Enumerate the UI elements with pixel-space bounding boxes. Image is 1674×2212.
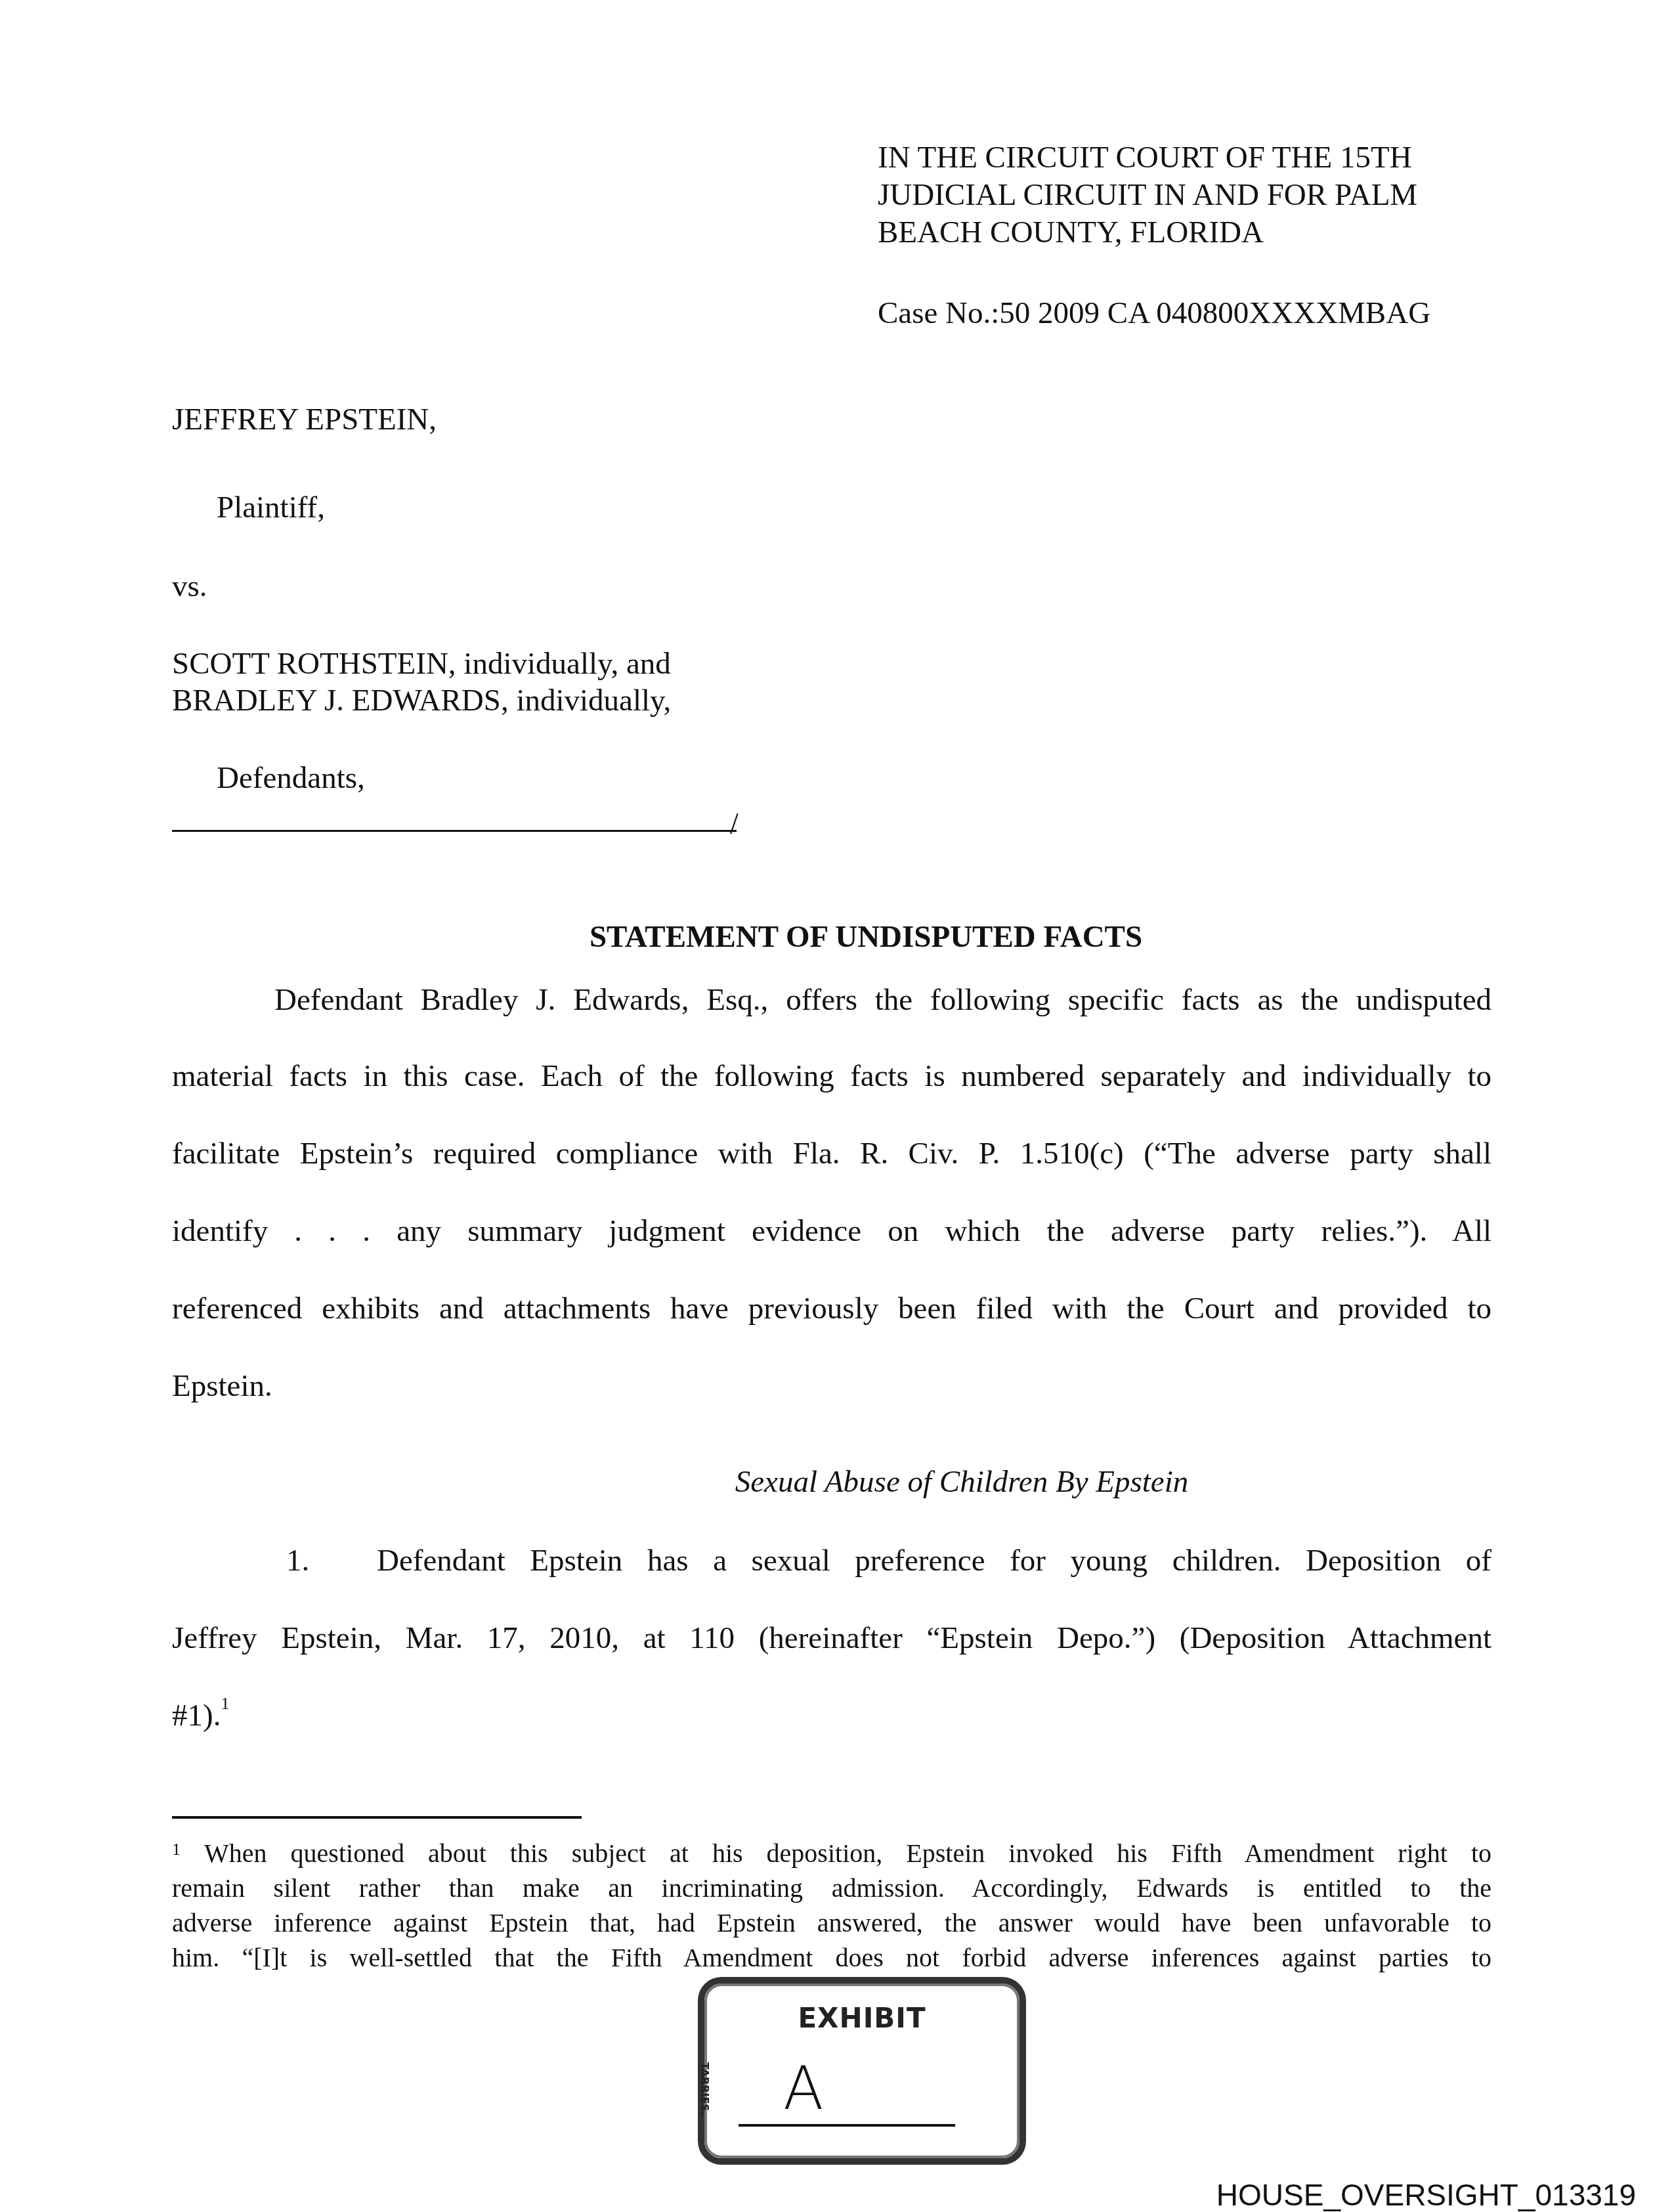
section-heading: Sexual Abuse of Children By Epstein [0,1464,1674,1500]
court-line-2: JUDICIAL CIRCUIT IN AND FOR PALM [878,177,1417,214]
versus: vs. [172,569,207,604]
intro-line-1: Defendant Bradley J. Edwards, Esq., offe… [274,982,1492,1018]
court-line-3: BEACH COUNTY, FLORIDA [878,214,1417,251]
fact-1-line-2: Jeffrey Epstein, Mar. 17, 2010, at 110 (… [172,1620,1492,1656]
footnote-marker: 1 [172,1840,181,1859]
intro-line-2: material facts in this case. Each of the… [172,1058,1492,1094]
plaintiff-label: Plaintiff, [217,490,325,525]
defendant-label: Defendants, [217,760,365,796]
exhibit-letter-line [739,2124,955,2127]
court-header: IN THE CIRCUIT COURT OF THE 15TH JUDICIA… [878,139,1417,251]
intro-line-5: referenced exhibits and attachments have… [172,1291,1492,1326]
footnote-line-2: remain silent rather than make an incrim… [172,1871,1492,1905]
footnote-separator [172,1816,582,1819]
footnote-line-1: 1 When questioned about this subject at … [172,1836,1492,1871]
footnote-line-4: him. “[I]t is well-settled that the Fift… [172,1940,1492,1975]
caption-slash: / [730,806,739,841]
caption-rule [172,830,737,832]
court-line-1: IN THE CIRCUIT COURT OF THE 15TH [878,139,1417,177]
document-title: STATEMENT OF UNDISPUTED FACTS [0,919,1674,955]
intro-line-3: facilitate Epstein’s required compliance… [172,1136,1492,1171]
fact-number: 1. [286,1543,309,1578]
case-number: Case No.:50 2009 CA 040800XXXXMBAG [878,295,1430,331]
defendant-line-1: SCOTT ROTHSTEIN, individually, and [172,646,671,682]
section-heading-text: Sexual Abuse of Children By Epstein [735,1464,1189,1500]
fact-1-line-3: #1).1 [172,1698,229,1733]
defendant-line-2: BRADLEY J. EDWARDS, individually, [172,683,671,718]
exhibit-brand: TABBIES. [698,2062,711,2115]
document-title-text: STATEMENT OF UNDISPUTED FACTS [590,919,1142,955]
exhibit-label: EXHIBIT [704,2002,1019,2034]
bates-number: HOUSE_OVERSIGHT_013319 [1216,2177,1636,2212]
footnote-reference[interactable]: 1 [221,1694,229,1713]
intro-line-6: Epstein. [172,1368,1492,1404]
intro-line-4: identify . . . any summary judgment evid… [172,1213,1492,1249]
exhibit-letter: A [783,2054,824,2123]
footnote-line-3: adverse inference against Epstein that, … [172,1905,1492,1940]
fact-1-line-1: Defendant Epstein has a sexual preferenc… [377,1543,1492,1578]
plaintiff-name: JEFFREY EPSTEIN, [172,402,437,437]
exhibit-sticker: EXHIBIT TABBIES. A [698,1977,1026,2165]
